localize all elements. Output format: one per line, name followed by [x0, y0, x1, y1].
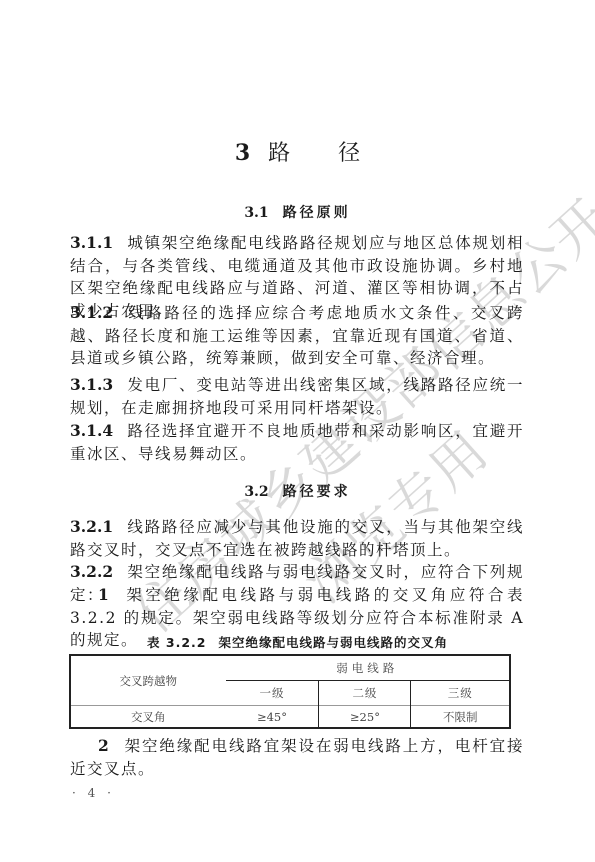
table-caption: 表 3.2.2架空绝缘配电线路与弱电线路的交叉角 [0, 633, 595, 651]
clause-text: 线路路径应减少与其他设施的交叉，当与其他架空线路交叉时，交叉点不宜选在被跨越线路… [70, 518, 524, 559]
table-number: 表 3.2.2 [147, 635, 206, 650]
crossing-angle-table: 交叉跨越物 弱电线路 一级 二级 三级 交叉角 ≥45° ≥25° 不限制 [69, 654, 511, 729]
clause-3-1-4: 3.1.4路径选择宜避开不良地质地带和采动影响区，宜避开重冰区、导线易舞动区。 [70, 420, 524, 465]
row-label: 交叉角 [70, 706, 226, 729]
section-number: 3.2 [244, 484, 268, 500]
section-title-3-2: 3.2路径要求 [0, 481, 595, 501]
clause-number: 3.1.4 [70, 421, 113, 440]
item-number: 1 [98, 585, 110, 604]
clause-number: 3.1.2 [70, 303, 113, 322]
document-page: 住房城乡建设部信息公开 浏览专用 3路径 3.1路径原则 3.1.1城镇架空绝缘… [0, 0, 595, 862]
row-header-label: 交叉跨越物 [70, 655, 226, 706]
clause-number: 3.1.3 [70, 375, 113, 394]
section-title-3-1: 3.1路径原则 [0, 202, 595, 222]
clause-number: 3.2.1 [70, 517, 113, 536]
clause-text: 发电厂、变电站等进出线密集区域，线路路径应统一规划，在走廊拥挤地段可采用同杆塔架… [70, 376, 524, 417]
clause-text: 线路路径的选择应综合考虑地质水文条件、交叉跨越、路径长度和施工运维等因素，宜靠近… [70, 304, 524, 367]
item-text: 架空绝缘配电线路宜架设在弱电线路上方，电杆宜接近交叉点。 [70, 737, 524, 778]
group-header: 弱电线路 [226, 655, 510, 681]
chapter-title-part1: 路 [268, 141, 290, 166]
table-title: 架空绝缘配电线路与弱电线路的交叉角 [218, 635, 448, 650]
clause-3-1-3: 3.1.3发电厂、变电站等进出线密集区域，线路路径应统一规划，在走廊拥挤地段可采… [70, 374, 524, 419]
chapter-title: 3路径 [0, 136, 595, 167]
table-cell: 不限制 [411, 706, 510, 729]
table-header-row: 交叉跨越物 弱电线路 [70, 655, 510, 681]
clause-number: 3.2.2 [70, 562, 113, 581]
section-number: 3.1 [244, 205, 268, 221]
clause-text: 路径选择宜避开不良地质地带和采动影响区，宜避开重冰区、导线易舞动区。 [70, 422, 524, 463]
column-header: 一级 [226, 681, 319, 706]
item-number: 2 [98, 736, 110, 755]
table-row: 交叉角 ≥45° ≥25° 不限制 [70, 706, 510, 729]
clause-3-2-2-item-2: 2架空绝缘配电线路宜架设在弱电线路上方，电杆宜接近交叉点。 [70, 735, 524, 780]
page-number: · 4 · [72, 786, 115, 800]
chapter-title-part2: 径 [338, 141, 360, 166]
section-title-text: 路径要求 [283, 484, 351, 500]
column-header: 二级 [319, 681, 411, 706]
chapter-number: 3 [235, 140, 250, 166]
table-cell: ≥45° [226, 706, 319, 729]
column-header: 三级 [411, 681, 510, 706]
clause-3-1-2: 3.1.2线路路径的选择应综合考虑地质水文条件、交叉跨越、路径长度和施工运维等因… [70, 302, 524, 370]
clause-3-2-1: 3.2.1线路路径应减少与其他设施的交叉，当与其他架空线路交叉时，交叉点不宜选在… [70, 516, 524, 561]
section-title-text: 路径原则 [283, 205, 351, 221]
table-cell: ≥25° [319, 706, 411, 729]
clause-number: 3.1.1 [70, 233, 113, 252]
